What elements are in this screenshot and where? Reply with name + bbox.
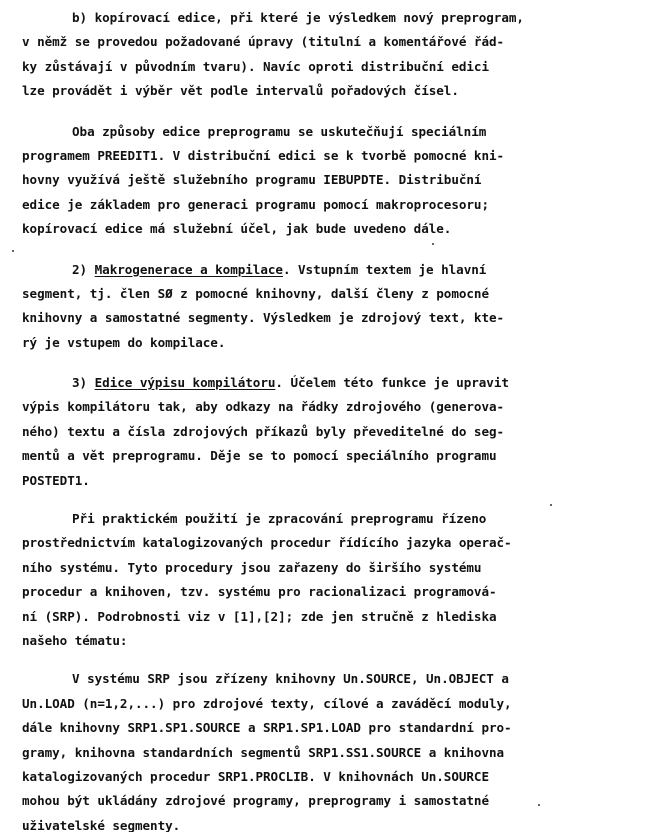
text-line: 3) Edice výpisu kompilátoru. Účelem této… <box>22 371 652 395</box>
text-line: katalogizovaných procedur SRP1.PROCLIB. … <box>22 765 652 789</box>
section-number: 3) <box>72 375 87 390</box>
text-line: našeho tématu: <box>22 629 652 653</box>
text-line: Při praktickém použití je zpracování pre… <box>22 507 652 531</box>
text-fragment: . Vstupním textem je hlavní <box>283 262 486 277</box>
paragraph-macrogeneration: 2) Makrogenerace a kompilace. Vstupním t… <box>22 258 652 356</box>
text-line: POSTEDT1. <box>22 469 652 493</box>
text-line: procedur a knihoven, tzv. systému pro ra… <box>22 580 652 604</box>
scan-speck <box>538 804 540 806</box>
text-line: segment, tj. člen SØ z pomocné knihovny,… <box>22 282 652 306</box>
text-line: programem PREEDIT1. V distribuční edici … <box>22 144 652 168</box>
text-line: edice je základem pro generaci programu … <box>22 193 652 217</box>
text-line: výpis kompilátoru tak, aby odkazy na řád… <box>22 395 652 419</box>
text-line: V systému SRP jsou zřízeny knihovny Un.S… <box>22 667 652 691</box>
document-page: b) kopírovací edice, při které je výsled… <box>22 6 652 832</box>
text-line: b) kopírovací edice, při které je výsled… <box>22 6 652 30</box>
text-line: gramy, knihovna standardních segmentů SR… <box>22 741 652 765</box>
scan-speck <box>12 250 14 252</box>
section-heading: Edice výpisu kompilátoru <box>95 375 276 390</box>
section-heading: Makrogenerace a kompilace <box>95 262 283 277</box>
paragraph-both-editions: Oba způsoby edice preprogramu se uskuteč… <box>22 120 652 242</box>
text-line: hovny využívá ještě služebního programu … <box>22 168 652 192</box>
text-line: prostřednictvím katalogizovaných procedu… <box>22 531 652 555</box>
text-line: dále knihovny SRP1.SP1.SOURCE a SRP1.SP1… <box>22 716 652 740</box>
text-line: Un.LOAD (n=1,2,...) pro zdrojové texty, … <box>22 692 652 716</box>
text-fragment: . Účelem této funkce je upravit <box>275 375 509 390</box>
text-line: Oba způsoby edice preprogramu se uskuteč… <box>22 120 652 144</box>
text-line: ní (SRP). Podrobnosti viz v [1],[2]; zde… <box>22 605 652 629</box>
paragraph-compiler-listing: 3) Edice výpisu kompilátoru. Účelem této… <box>22 371 652 493</box>
paragraph-srp-libraries: V systému SRP jsou zřízeny knihovny Un.S… <box>22 667 652 832</box>
text-line: mohou být ukládány zdrojové programy, pr… <box>22 789 652 813</box>
text-line: uživatelské segmenty. <box>22 814 652 832</box>
scan-speck <box>550 504 552 506</box>
text-line: v němž se provedou požadované úpravy (ti… <box>22 30 652 54</box>
scan-speck <box>432 243 434 245</box>
section-number: 2) <box>72 262 87 277</box>
text-line: ky zůstávají v původním tvaru). Navíc op… <box>22 55 652 79</box>
text-line: mentů a vět preprogramu. Děje se to pomo… <box>22 444 652 468</box>
text-line: lze provádět i výběr vět podle intervalů… <box>22 79 652 103</box>
paragraph-copy-edition: b) kopírovací edice, při které je výsled… <box>22 6 652 104</box>
text-line: kopírovací edice má služební účel, jak b… <box>22 217 652 241</box>
text-line: knihovny a samostatné segmenty. Výsledke… <box>22 306 652 330</box>
text-line: ního systému. Tyto procedury jsou zařaze… <box>22 556 652 580</box>
text-line: 2) Makrogenerace a kompilace. Vstupním t… <box>22 258 652 282</box>
text-line: ného) textu a čísla zdrojových příkazů b… <box>22 420 652 444</box>
text-line: rý je vstupem do kompilace. <box>22 331 652 355</box>
paragraph-practical-use: Při praktickém použití je zpracování pre… <box>22 507 652 653</box>
